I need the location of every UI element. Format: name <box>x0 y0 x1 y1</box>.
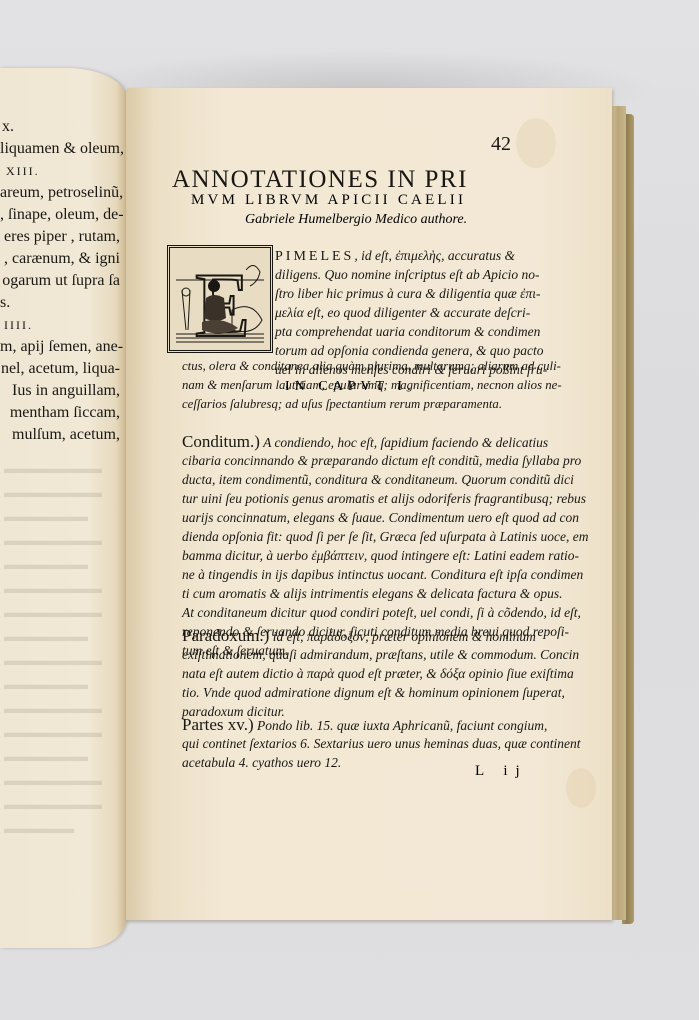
text-line: id eſt, παράδοξον, præter opinionem & ho… <box>273 629 536 644</box>
text-line: tio. Vnde quod admiratione dignum eſt & … <box>182 683 547 702</box>
left-page-text: x. liquamen & oleum, XIII. areum, petros… <box>0 116 124 446</box>
paragraph-lead: Paradoxum.) <box>182 626 269 645</box>
text-line: exiſtimationem, quaſi admirandum, præſta… <box>182 645 547 664</box>
text-line: diligens. Quo nomine inſcriptus eſt ab A… <box>275 265 550 284</box>
text-line: cibaria concinnando & præparando dictum … <box>182 451 547 470</box>
left-line: areum, petroselinũ, <box>0 182 124 204</box>
left-line: eres piper , rutam, <box>0 226 124 248</box>
foxing-stain <box>516 118 556 168</box>
left-line: mentham ſiccam, <box>0 402 124 424</box>
left-line: ogarum ut ſupra ſa <box>0 270 124 292</box>
woodcut-initial-e-icon: E <box>172 250 268 348</box>
show-through-text: ▬▬▬▬▬▬▬▬▬▬▬▬▬▬▬▬▬▬▬▬▬▬▬▬▬▬▬▬▬▬▬▬▬▬▬▬▬▬▬▬… <box>4 458 114 842</box>
paragraph-lead: Partes xv.) <box>182 715 254 734</box>
left-line: IIII. <box>0 314 124 336</box>
page-fore-edge <box>612 106 626 920</box>
text-line: ſtro liber hic primus à cura & diligenti… <box>275 284 550 303</box>
left-line: liquamen & oleum, <box>0 138 124 160</box>
text-line: tur uini ſeu potionis genus aromatis et … <box>182 489 547 508</box>
text-line: ceſſarios ſalubresq; ad uſus ſpectantium… <box>182 395 547 414</box>
text-line: ctus, olera & conditanea alia quàm pluri… <box>182 357 547 376</box>
text-line: A condiendo, hoc eſt, ſapidium faciendo … <box>263 435 548 450</box>
section-heading: IN CAPVT I. <box>285 379 416 395</box>
text-line: pta comprehendat uaria conditorum & cond… <box>275 322 550 341</box>
text-line: ne à tingendis in ijs dapibus intinctus … <box>182 565 547 584</box>
text-line: , id eſt, ἐπιμελὴς, accuratus & <box>354 248 515 263</box>
text-line: ti cum aromatis & alijs intrimentis eleg… <box>182 584 547 603</box>
text-line: qui continet ſextarios 6. Sextarius uero… <box>182 734 547 753</box>
left-line: Ius in anguillam, <box>0 380 124 402</box>
folio-number: 42 <box>491 133 511 156</box>
text-line: Pondo lib. 15. quæ iuxta Aphricanũ, faci… <box>257 718 547 733</box>
woodcut-initial: E <box>167 245 273 353</box>
text-line: ducta, item condimentũ, conditura & cond… <box>182 470 547 489</box>
text-line: uarijs concinnatum, elegans & ſuaue. Con… <box>182 508 547 527</box>
text-line: bamma dicitur, à uerbo ἐμβάπτειν, quod i… <box>182 546 547 565</box>
left-line: nel, acetum, liqua- <box>0 358 124 380</box>
left-page: x. liquamen & oleum, XIII. areum, petros… <box>0 68 126 948</box>
page-title-author: Gabriele Humelbergio Medico authore. <box>245 212 467 228</box>
text-line: nata eſt autem dictio à παρὰ quod eſt pr… <box>182 664 547 683</box>
page-title-line-2: MVM LIBRVM APICII CAELII <box>191 192 466 209</box>
text-line: μελία eſt, eo quod diligenter & accurate… <box>275 303 550 322</box>
left-line: x. <box>0 116 124 138</box>
page-title-line-1: ANNOTATIONES IN PRI <box>172 166 468 194</box>
intro-lead-word: PIMELES <box>275 249 354 264</box>
left-line: m, apij ſemen, ane- <box>0 336 124 358</box>
left-line: , ſinape, oleum, de- <box>0 204 124 226</box>
paragraph-lead: Conditum.) <box>182 432 260 451</box>
left-line: XIII. <box>0 160 124 182</box>
signature-mark: L ij <box>475 763 528 780</box>
left-line: mulſum, acetum, <box>0 424 124 446</box>
foxing-stain <box>566 768 596 808</box>
paragraph-paradoxum: Paradoxum.) id eſt, παράδοξον, præter op… <box>182 626 547 721</box>
left-line: s. <box>0 292 124 314</box>
text-line: dienda opſonia fit: quod ſi per ſe ſit, … <box>182 527 547 546</box>
left-line: , carænum, & igni <box>0 248 124 270</box>
text-line: At conditaneum dicitur quod condiri pote… <box>182 603 547 622</box>
